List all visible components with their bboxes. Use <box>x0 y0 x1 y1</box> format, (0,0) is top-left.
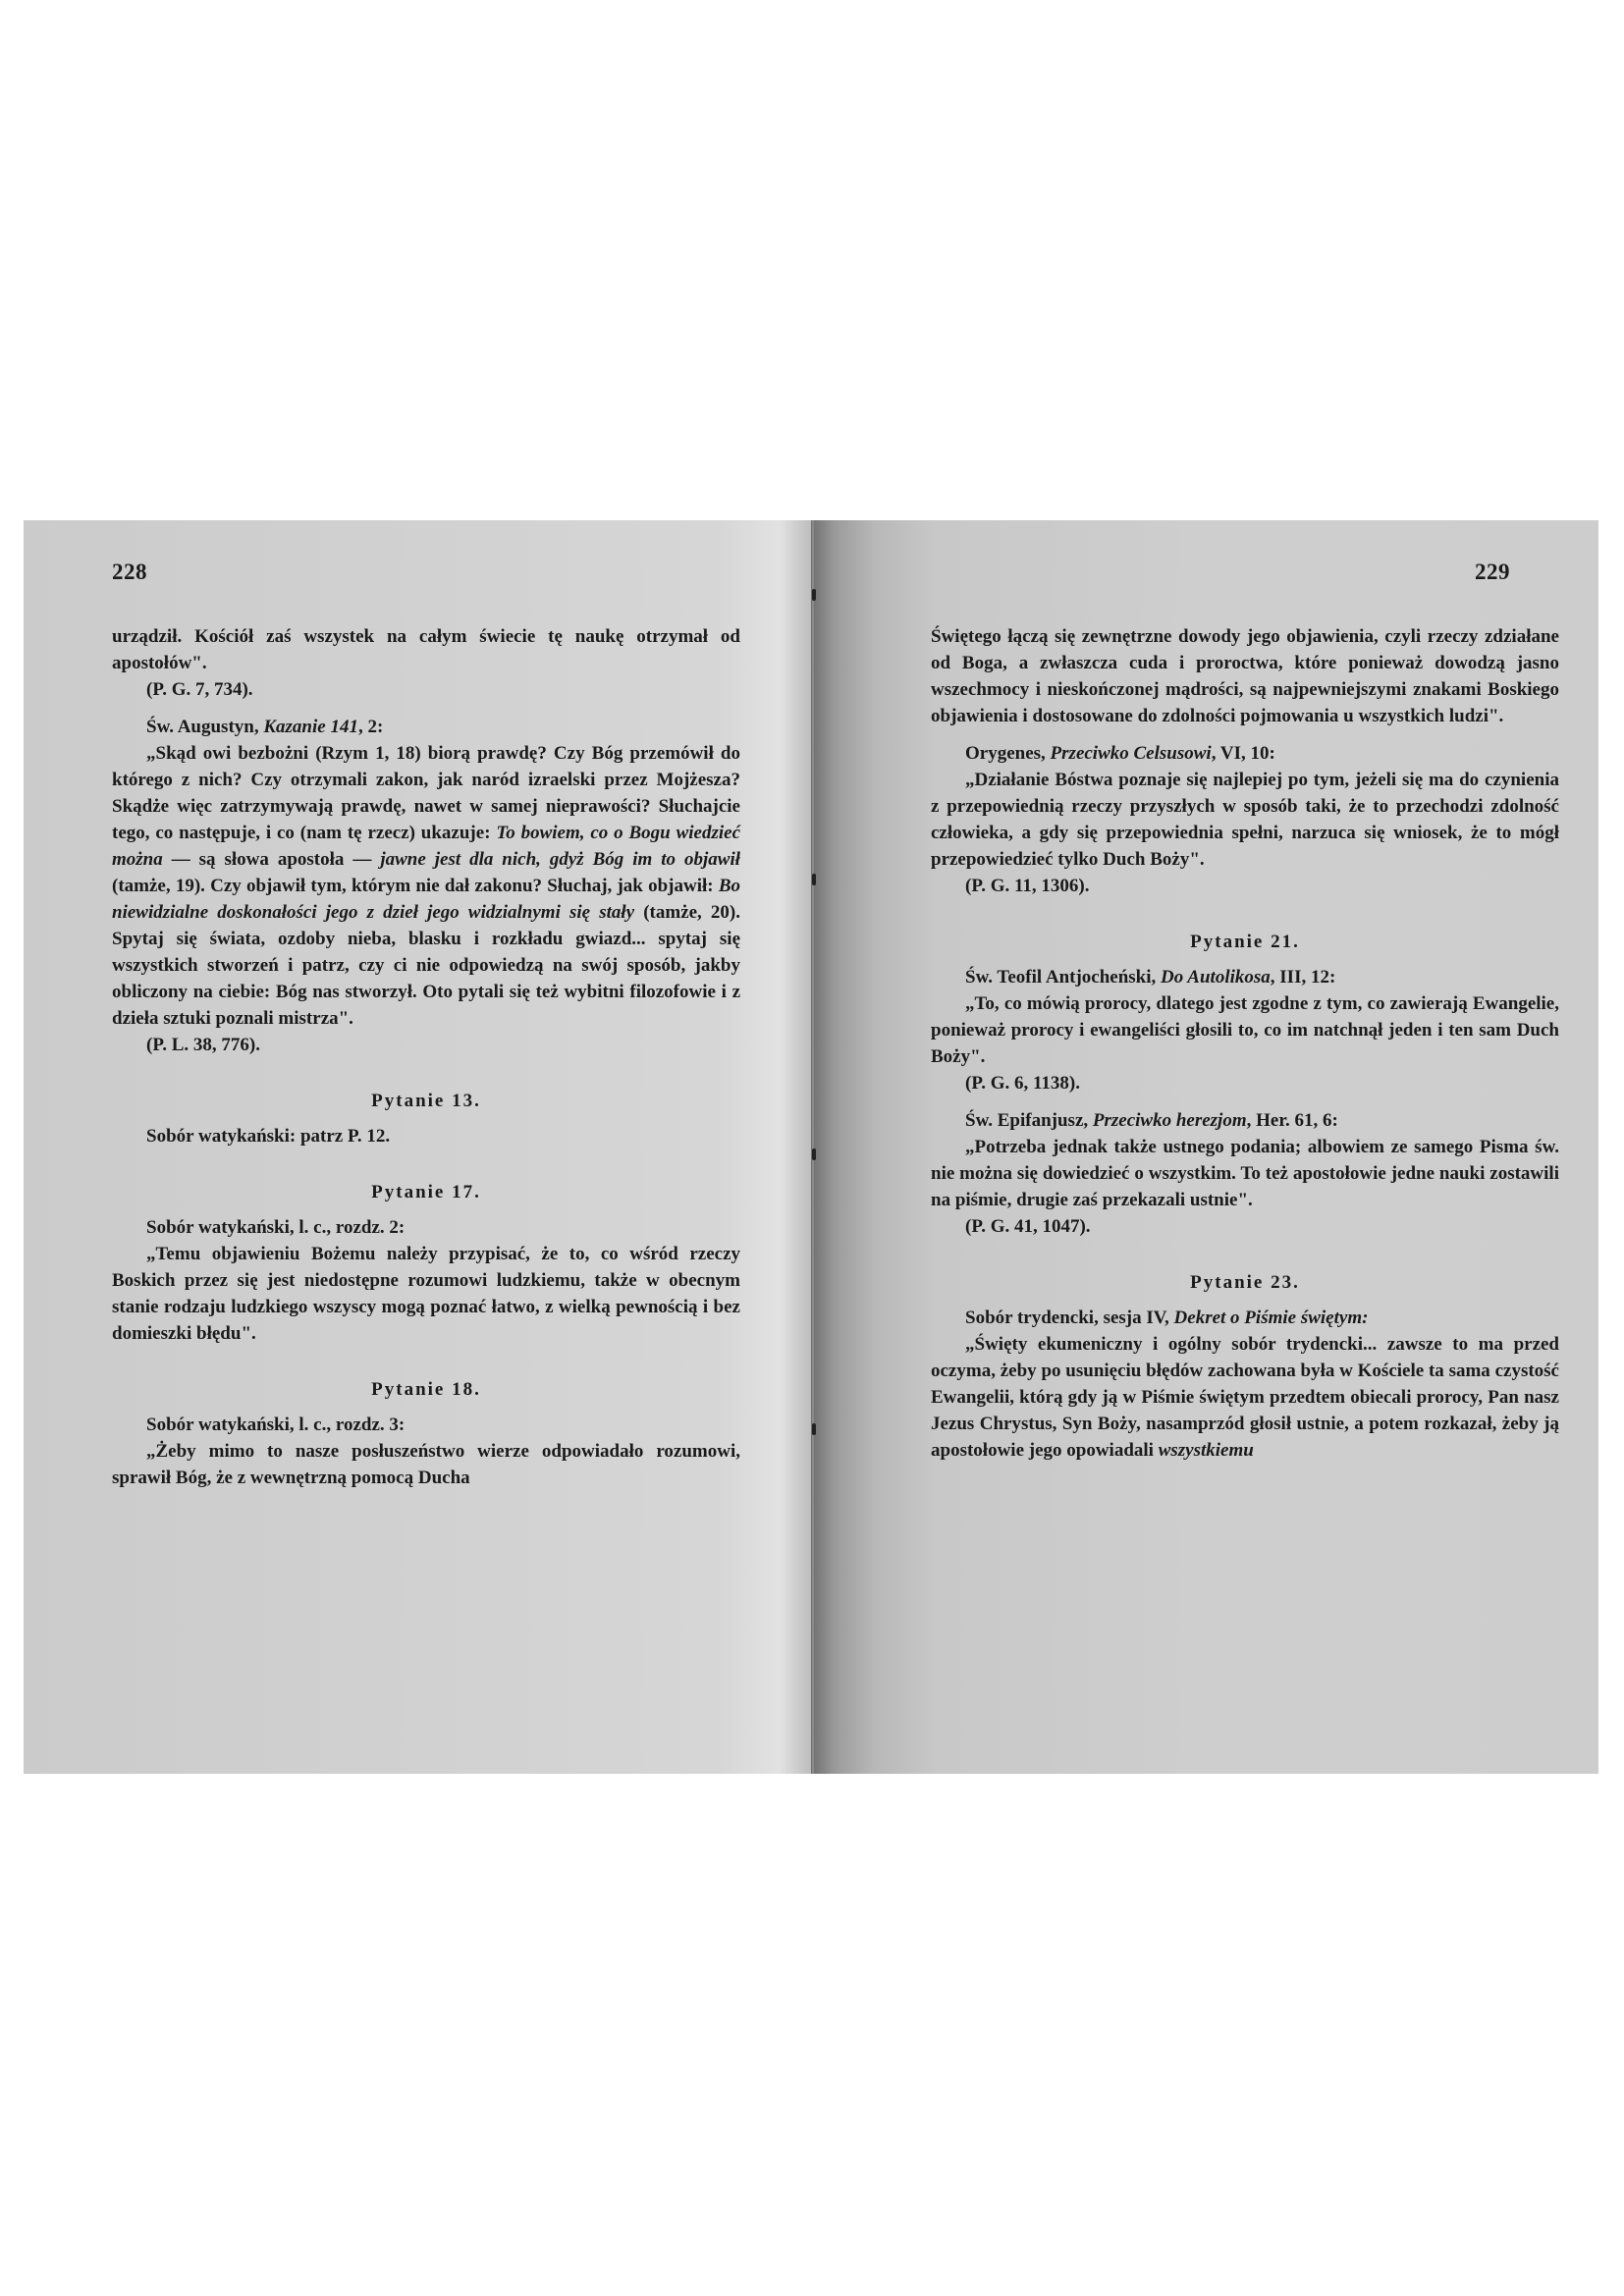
page-number: 229 <box>1475 560 1510 585</box>
binding-mark <box>812 874 816 885</box>
source-line: Sobór watykański, l. c., rozdz. 2: <box>112 1214 740 1241</box>
paragraph: urządził. Kościół zaś wszystek na całym … <box>112 623 740 676</box>
citation-reference: (P. G. 41, 1047). <box>931 1213 1559 1240</box>
book-scan: 228 urządził. Kościół zaś wszystek na ca… <box>24 520 1598 1774</box>
source-line: Orygenes, Przeciwko Celsusowi, VI, 10: <box>931 740 1559 767</box>
quote-paragraph: „Skąd owi bezbożni (Rzym 1, 18) biorą pr… <box>112 740 740 1032</box>
quote-paragraph: „Działanie Bóstwa poznaje się najlepiej … <box>931 767 1559 873</box>
source-line: Sobór trydencki, sesja IV, Dekret o Piśm… <box>931 1305 1559 1331</box>
quote-paragraph: „Temu objawieniu Bożemu należy przypisać… <box>112 1241 740 1347</box>
section-heading: Pytanie 13. <box>112 1088 740 1114</box>
quote-paragraph: „To, co mówią prorocy, dlatego jest zgod… <box>931 990 1559 1070</box>
source-line: Sobór watykański, l. c., rozdz. 3: <box>112 1412 740 1438</box>
binding-mark <box>812 1148 816 1160</box>
citation-reference: (P. G. 11, 1306). <box>931 873 1559 899</box>
citation-reference: (P. L. 38, 776). <box>112 1032 740 1058</box>
section-heading: Pytanie 17. <box>112 1179 740 1205</box>
paragraph: Świętego łączą się zewnętrzne dowody jeg… <box>931 623 1559 729</box>
page-text: urządził. Kościół zaś wszystek na całym … <box>112 623 740 1491</box>
source-line: Sobór watykański: patrz P. 12. <box>112 1123 740 1149</box>
right-page: 229 Świętego łączą się zewnętrzne dowody… <box>811 520 1598 1774</box>
citation-reference: (P. G. 6, 1138). <box>931 1070 1559 1096</box>
quote-paragraph: „Święty ekumeniczny i ogólny sobór tryde… <box>931 1331 1559 1464</box>
source-line: Św. Augustyn, Kazanie 141, 2: <box>112 714 740 740</box>
citation-reference: (P. G. 7, 734). <box>112 676 740 703</box>
page-number: 228 <box>112 560 147 585</box>
binding-mark <box>812 589 816 601</box>
quote-paragraph: „Potrzeba jednak także ustnego podania; … <box>931 1134 1559 1213</box>
source-line: Św. Teofil Antjocheński, Do Autolikosa, … <box>931 964 1559 990</box>
page-text: Świętego łączą się zewnętrzne dowody jeg… <box>931 623 1559 1464</box>
quote-paragraph: „Żeby mimo to nasze posłuszeństwo wierze… <box>112 1438 740 1491</box>
source-line: Św. Epifanjusz, Przeciwko herezjom, Her.… <box>931 1107 1559 1134</box>
binding-mark <box>812 1423 816 1435</box>
left-page: 228 urządził. Kościół zaś wszystek na ca… <box>24 520 811 1774</box>
section-heading: Pytanie 23. <box>931 1269 1559 1296</box>
section-heading: Pytanie 18. <box>112 1376 740 1403</box>
section-heading: Pytanie 21. <box>931 929 1559 955</box>
book-spine <box>812 520 814 1774</box>
